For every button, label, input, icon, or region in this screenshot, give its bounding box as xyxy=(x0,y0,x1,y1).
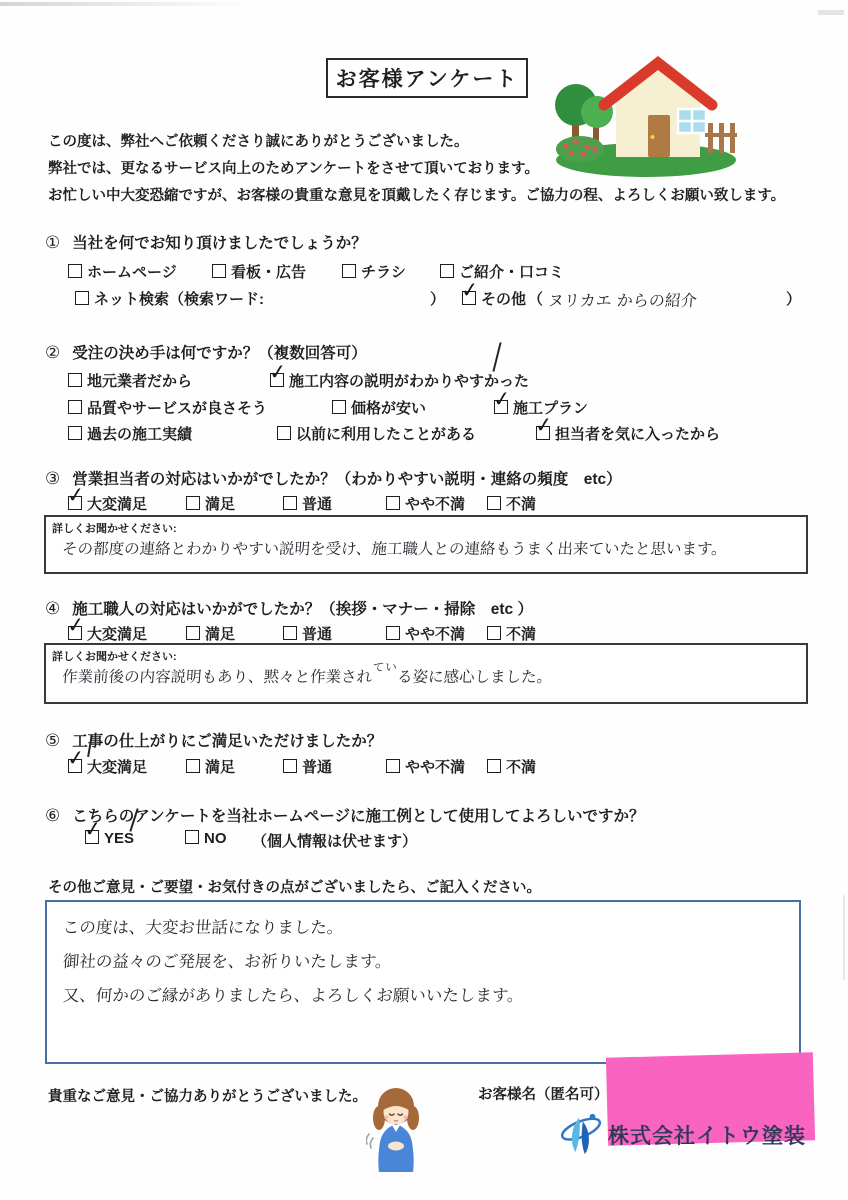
footer-thanks-text: 貴重なご意見・ご協力ありがとうございました。 xyxy=(48,1085,367,1106)
intro-line-3: お忙しい中大変恐縮ですが、お客様の貴重な意見を頂戴したく存じます。ご協力の程、よ… xyxy=(48,183,785,210)
question-1: ①当社を何でお知り頂けましたでしょうか？ xyxy=(45,231,367,253)
bowing-woman-illustration xyxy=(366,1080,426,1185)
checkbox-jisseki xyxy=(68,426,82,440)
question-5-text: 工事の仕上がりにご満足いただけましたか？ xyxy=(72,733,382,750)
question-6-text: こちらのアンケートを当社ホームページに施工例として使用してよろしいですか？ xyxy=(72,808,644,825)
pen-stroke xyxy=(492,342,501,372)
q1-options-row-1: ホームページ 看板・広告 チラシ ご紹介・口コミ xyxy=(0,261,848,287)
checkbox-q3-very-satisfied-checked: ✓ xyxy=(68,496,82,510)
checkbox-q3-satisfied xyxy=(186,496,200,510)
q5-rating-normal: 普通 xyxy=(283,756,332,777)
checkbox-referral xyxy=(440,264,454,278)
free-comment-line-1: この度は、大変お世話になりました。 xyxy=(62,914,344,938)
checkbox-q3-dissatisfied xyxy=(487,496,501,510)
checkbox-q5-slightly-dissatisfied xyxy=(386,759,400,773)
q3-detail-label: 詳しくお聞かせください: xyxy=(46,517,806,536)
survey-page: お客様アンケート xyxy=(0,0,848,1200)
free-comment-line-3: 又、何かのご縁がありましたら、よろしくお願いいたします。 xyxy=(62,982,524,1006)
checkbox-chirashi xyxy=(342,264,356,278)
checkbox-net xyxy=(75,291,89,305)
q1-other-close-paren: ） xyxy=(786,288,801,309)
scan-artifact xyxy=(843,895,845,980)
q2-option-setsumei: ✓施工内容の説明がわかりやすかった xyxy=(270,370,529,391)
checkbox-q4-slightly-dissatisfied xyxy=(386,626,400,640)
question-2: ②受注の決め手は何ですか？（複数回答可） xyxy=(45,341,367,363)
company-logo-icon xyxy=(558,1108,604,1163)
q4-rating-slightly-dissatisfied: やや不満 xyxy=(386,623,465,644)
intro-text: この度は、弊社へご依頼くださり誠にありがとうございました。 弊社では、更なるサー… xyxy=(48,129,785,210)
q2-option-tantou: ✓担当者を気に入ったから xyxy=(536,423,720,444)
scan-artifact xyxy=(818,10,844,15)
q5-rating-slightly-dissatisfied: やや不満 xyxy=(386,756,465,777)
check-mark-icon: ✓ xyxy=(66,747,86,770)
q5-rating-dissatisfied: 不満 xyxy=(487,756,536,777)
check-mark-icon: ✓ xyxy=(492,388,512,411)
check-mark-icon: ✓ xyxy=(66,484,86,507)
question-2-text: 受注の決め手は何ですか？（複数回答可） xyxy=(72,345,367,362)
checkbox-no xyxy=(185,830,199,844)
q5-rating-very-satisfied: ✓大変満足 xyxy=(68,756,147,777)
q3-detail-box: 詳しくお聞かせください: その都度の連絡とわかりやすい説明を受け、施工職人との連… xyxy=(44,515,808,574)
check-mark-icon: ✓ xyxy=(534,414,554,437)
checkbox-q5-very-satisfied-checked: ✓ xyxy=(68,759,82,773)
q4-rating-normal: 普通 xyxy=(283,623,332,644)
q3-rating-satisfied: 満足 xyxy=(186,493,235,514)
q2-option-local: 地元業者だから xyxy=(68,370,192,391)
free-comment-box: この度は、大変お世話になりました。 御社の益々のご発展を、お祈りいたします。 又… xyxy=(45,900,801,1064)
q1-option-chirashi: チラシ xyxy=(342,261,406,282)
question-4: ④施工職人の対応はいかがでしたか？（挨拶・マナー・掃除 etc ） xyxy=(45,597,533,619)
question-2-number: ② xyxy=(45,343,60,363)
checkbox-yes-checked: ✓ xyxy=(85,830,99,844)
q5-rating-row: ✓大変満足 満足 普通 やや不満 不満 xyxy=(0,756,848,782)
intro-line-2: 弊社では、更なるサービス向上のためアンケートをさせて頂いております。 xyxy=(48,156,785,183)
q3-rating-normal: 普通 xyxy=(283,493,332,514)
q4-detail-label: 詳しくお聞かせください: xyxy=(46,645,806,664)
checkbox-q5-normal xyxy=(283,759,297,773)
checkbox-tantou-checked: ✓ xyxy=(536,426,550,440)
question-5-number: ⑤ xyxy=(45,731,60,751)
free-comment-prompt: その他ご意見・ご要望・お気付きの点がございましたら、ご記入ください。 xyxy=(48,876,541,897)
checkbox-before xyxy=(277,426,291,440)
q3-handwritten-comment: その都度の連絡とわかりやすい説明を受け、施工職人との連絡もうまく出来ていたと思い… xyxy=(45,536,807,565)
checkbox-local xyxy=(68,373,82,387)
check-mark-icon: ✓ xyxy=(66,614,86,637)
question-4-text: 施工職人の対応はいかがでしたか？（挨拶・マナー・掃除 etc ） xyxy=(72,601,533,618)
question-3-number: ③ xyxy=(45,469,60,489)
checkbox-q4-dissatisfied xyxy=(487,626,501,640)
page-title: お客様アンケート xyxy=(326,58,528,98)
checkbox-price xyxy=(332,400,346,414)
customer-name-label: お客様名（匿名可） xyxy=(478,1083,609,1104)
q6-option-yes: ✓YES xyxy=(85,830,134,847)
checkbox-q5-satisfied xyxy=(186,759,200,773)
q1-option-net: ネット検索（検索ワード: xyxy=(75,288,264,309)
free-comment-line-2: 御社の益々のご発展を、お祈りいたします。 xyxy=(62,948,392,972)
checkbox-q4-very-satisfied-checked: ✓ xyxy=(68,626,82,640)
q2-option-price: 価格が安い xyxy=(332,397,426,418)
q2-option-jisseki: 過去の施工実績 xyxy=(68,423,192,444)
q1-other-open-paren: （ xyxy=(528,288,543,309)
checkbox-setsumei-checked: ✓ xyxy=(270,373,284,387)
checkbox-plan-checked: ✓ xyxy=(494,400,508,414)
checkbox-q4-satisfied xyxy=(186,626,200,640)
q2-options-row-2: 品質やサービスが良さそう 価格が安い ✓施工プラン xyxy=(0,397,848,423)
q4-rating-dissatisfied: 不満 xyxy=(487,623,536,644)
q1-options-row-2: ネット検索（検索ワード: ） ✓その他 （ ヌリカエ からの紹介 ） xyxy=(0,288,848,314)
q1-net-close-paren: ） xyxy=(430,288,445,309)
checkbox-q3-slightly-dissatisfied xyxy=(386,496,400,510)
q6-option-no: NO xyxy=(185,830,227,847)
check-mark-icon: ✓ xyxy=(460,279,480,302)
checkbox-other-checked: ✓ xyxy=(462,291,476,305)
q2-options-row-3: 過去の施工実績 以前に利用したことがある ✓担当者を気に入ったから xyxy=(0,423,848,449)
q4-rating-very-satisfied: ✓大変満足 xyxy=(68,623,147,644)
q1-option-homepage: ホームページ xyxy=(68,261,177,282)
question-3: ③営業担当者の対応はいかがでしたか？（わかりやすい説明・連絡の頻度 etc） xyxy=(45,467,622,489)
question-6-number: ⑥ xyxy=(45,806,60,826)
q4-detail-box: 詳しくお聞かせください: 作業前後の内容説明もあり、黙々と作業されている姿に感心… xyxy=(44,643,808,704)
checkbox-q5-dissatisfied xyxy=(487,759,501,773)
intro-line-1: この度は、弊社へご依頼くださり誠にありがとうございました。 xyxy=(48,129,785,156)
q1-option-other: ✓その他 xyxy=(462,288,526,309)
checkbox-kanban xyxy=(212,264,226,278)
check-mark-icon: ✓ xyxy=(83,818,103,841)
q6-note: （個人情報は伏せます） xyxy=(252,830,417,851)
handwritten-insertion: てい xyxy=(372,659,398,675)
q6-options-row: ✓YES NO （個人情報は伏せます） xyxy=(0,830,848,856)
question-5: ⑤工事の仕上がりにご満足いただけましたか？ xyxy=(45,729,382,751)
q2-option-quality: 品質やサービスが良さそう xyxy=(68,397,267,418)
q1-option-referral: ご紹介・口コミ xyxy=(440,261,564,282)
q2-options-row-1: 地元業者だから ✓施工内容の説明がわかりやすかった xyxy=(0,370,848,396)
q1-option-kanban: 看板・広告 xyxy=(212,261,306,282)
q1-other-handwritten-value: ヌリカエ からの紹介 xyxy=(547,288,698,311)
question-3-text: 営業担当者の対応はいかがでしたか？（わかりやすい説明・連絡の頻度 etc） xyxy=(72,471,621,488)
scan-artifact xyxy=(0,2,250,6)
q4-rating-satisfied: 満足 xyxy=(186,623,235,644)
question-4-number: ④ xyxy=(45,599,60,619)
q3-rating-dissatisfied: 不満 xyxy=(487,493,536,514)
checkbox-homepage xyxy=(68,264,82,278)
company-name: 株式会社イトウ塗装 xyxy=(608,1120,806,1150)
q4-handwritten-comment: 作業前後の内容説明もあり、黙々と作業されている姿に感心しました。 xyxy=(45,664,807,693)
checkbox-q3-normal xyxy=(283,496,297,510)
checkbox-q4-normal xyxy=(283,626,297,640)
q2-option-before: 以前に利用したことがある xyxy=(277,423,476,444)
q3-rating-slightly-dissatisfied: やや不満 xyxy=(386,493,465,514)
q3-rating-very-satisfied: ✓大変満足 xyxy=(68,493,147,514)
checkbox-quality xyxy=(68,400,82,414)
question-1-number: ① xyxy=(45,233,60,253)
question-1-text: 当社を何でお知り頂けましたでしょうか？ xyxy=(72,235,367,252)
q5-rating-satisfied: 満足 xyxy=(186,756,235,777)
check-mark-icon: ✓ xyxy=(268,361,288,384)
